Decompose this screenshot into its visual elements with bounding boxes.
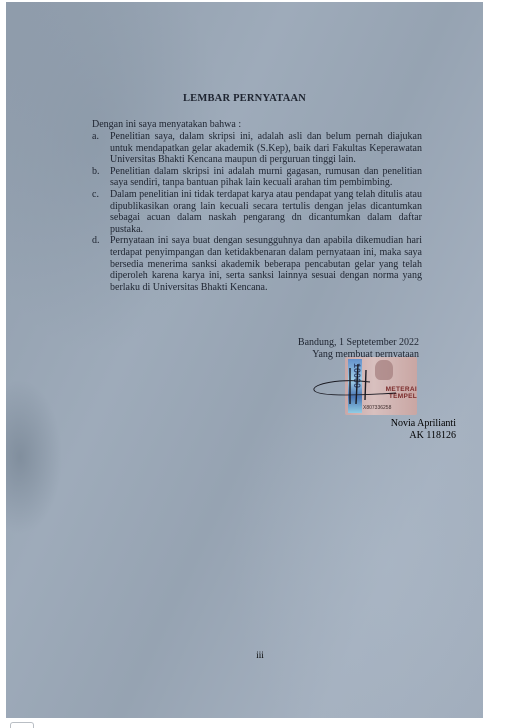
list-item: c. Dalam penelitian ini tidak terdapat k…: [92, 189, 422, 235]
document-title: LEMBAR PERNYATAAN: [6, 93, 483, 104]
list-item: b. Penelitian dalam skripsi ini adalah m…: [92, 166, 422, 189]
item-marker: d.: [92, 235, 110, 293]
handwritten-signature-icon: [310, 360, 400, 410]
place-date: Bandung, 1 Septetember 2022: [298, 337, 419, 349]
item-text: Penelitian saya, dalam skripsi ini, adal…: [110, 131, 422, 166]
statement-list: a. Penelitian saya, dalam skripsi ini, a…: [92, 131, 422, 293]
item-marker: c.: [92, 189, 110, 235]
item-marker: b.: [92, 166, 110, 189]
item-text: Dalam penelitian ini tidak terdapat kary…: [110, 189, 422, 235]
page-number: iii: [0, 650, 520, 660]
list-item: a. Penelitian saya, dalam skripsi ini, a…: [92, 131, 422, 166]
list-item: d. Pernyataan ini saya buat dengan sesun…: [92, 235, 422, 293]
item-marker: a.: [92, 131, 110, 166]
item-text: Penelitian dalam skripsi ini adalah murn…: [110, 166, 422, 189]
signer-id: AK 118126: [391, 430, 456, 442]
item-text: Pernyataan ini saya buat dengan sesunggu…: [110, 235, 422, 293]
intro-text: Dengan ini saya menyatakan bahwa :: [92, 119, 241, 130]
signer-name: Novia Aprilianti: [391, 418, 456, 430]
signer-info: Novia Aprilianti AK 118126: [391, 418, 456, 441]
image-frame-icon: [10, 722, 34, 728]
